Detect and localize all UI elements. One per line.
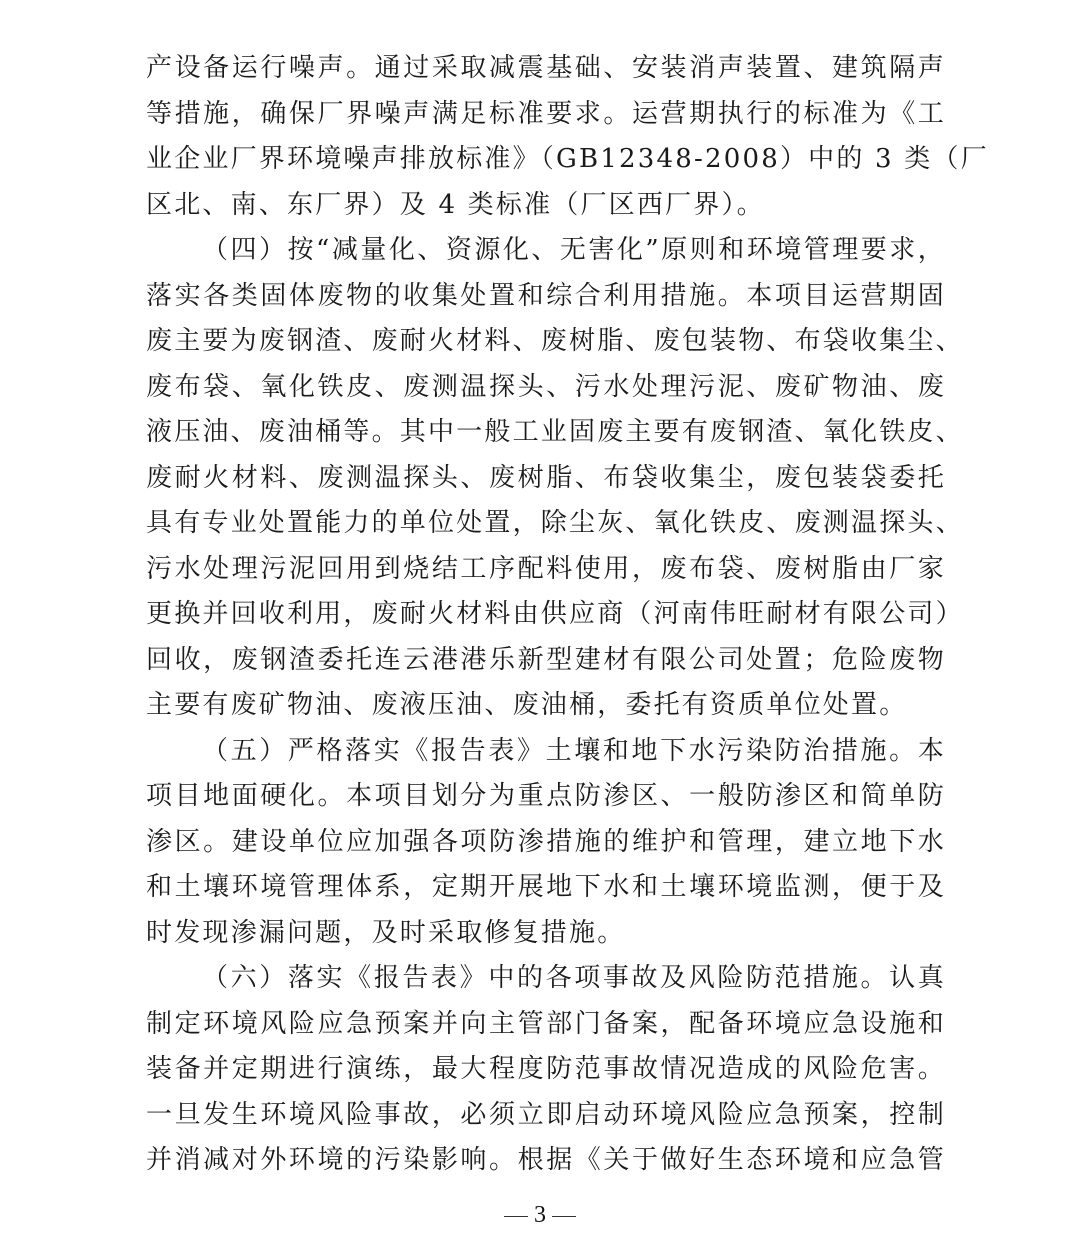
text-line: 区北、南、东厂界）及 4 类标准（厂区西厂界）。 xyxy=(146,183,946,229)
text-line: 更换并回收利用，废耐火材料由供应商（河南伟旺耐材有限公司） xyxy=(146,592,946,638)
text-line: 落实各类固体废物的收集处置和综合利用措施。本项目运营期固 xyxy=(146,274,946,320)
text-line: 废耐火材料、废测温探头、废树脂、布袋收集尘，废包装袋委托 xyxy=(146,456,946,502)
text-line: 主要有废矿物油、废液压油、废油桶，委托有资质单位处置。 xyxy=(146,683,946,729)
text-line: （五）严格落实《报告表》土壤和地下水污染防治措施。本 xyxy=(146,729,946,775)
text-line: 和土壤环境管理体系，定期开展地下水和土壤环境监测，便于及 xyxy=(146,865,946,911)
paragraph-soil-groundwater: （五）严格落实《报告表》土壤和地下水污染防治措施。本 项目地面硬化。本项目划分为… xyxy=(146,729,946,957)
text-line: 废主要为废钢渣、废耐火材料、废树脂、废包装物、布袋收集尘、 xyxy=(146,319,946,365)
text-line: 并消减对外环境的污染影响。根据《关于做好生态环境和应急管 xyxy=(146,1138,946,1184)
paragraph-solid-waste: （四）按“减量化、资源化、无害化”原则和环境管理要求， 落实各类固体废物的收集处… xyxy=(146,228,946,729)
text-line: 时发现渗漏问题，及时采取修复措施。 xyxy=(146,911,946,957)
text-line: 项目地面硬化。本项目划分为重点防渗区、一般防渗区和简单防 xyxy=(146,774,946,820)
text-line: 业企业厂界环境噪声排放标准》（GB12348-2008）中的 3 类（厂 xyxy=(146,137,946,183)
paragraph-noise-continuation: 产设备运行噪声。通过采取减震基础、安装消声装置、建筑隔声 等措施，确保厂界噪声满… xyxy=(146,46,946,228)
document-body: 产设备运行噪声。通过采取减震基础、安装消声装置、建筑隔声 等措施，确保厂界噪声满… xyxy=(146,46,946,1184)
footer-dash-right xyxy=(552,1216,576,1217)
text-line: 具有专业处置能力的单位处置，除尘灰、氧化铁皮、废测温探头、 xyxy=(146,501,946,547)
text-line: （六）落实《报告表》中的各项事故及风险防范措施。认真 xyxy=(146,956,946,1002)
footer-dash-left xyxy=(504,1216,528,1217)
text-line: 回收，废钢渣委托连云港港乐新型建材有限公司处置；危险废物 xyxy=(146,638,946,684)
text-line: 产设备运行噪声。通过采取减震基础、安装消声装置、建筑隔声 xyxy=(146,46,946,92)
paragraph-risk-prevention: （六）落实《报告表》中的各项事故及风险防范措施。认真 制定环境风险应急预案并向主… xyxy=(146,956,946,1184)
text-line: 污水处理污泥回用到烧结工序配料使用，废布袋、废树脂由厂家 xyxy=(146,547,946,593)
text-line: 制定环境风险应急预案并向主管部门备案，配备环境应急设施和 xyxy=(146,1002,946,1048)
page-footer: 3 xyxy=(0,1200,1080,1230)
text-line: 一旦发生环境风险事故，必须立即启动环境风险应急预案，控制 xyxy=(146,1093,946,1139)
text-line: 装备并定期进行演练，最大程度防范事故情况造成的风险危害。 xyxy=(146,1047,946,1093)
text-line: 液压油、废油桶等。其中一般工业固废主要有废钢渣、氧化铁皮、 xyxy=(146,410,946,456)
text-line: （四）按“减量化、资源化、无害化”原则和环境管理要求， xyxy=(146,228,946,274)
page-number: 3 xyxy=(534,1202,546,1228)
text-line: 等措施，确保厂界噪声满足标准要求。运营期执行的标准为《工 xyxy=(146,92,946,138)
text-line: 渗区。建设单位应加强各项防渗措施的维护和管理，建立地下水 xyxy=(146,820,946,866)
text-line: 废布袋、氧化铁皮、废测温探头、污水处理污泥、废矿物油、废 xyxy=(146,365,946,411)
